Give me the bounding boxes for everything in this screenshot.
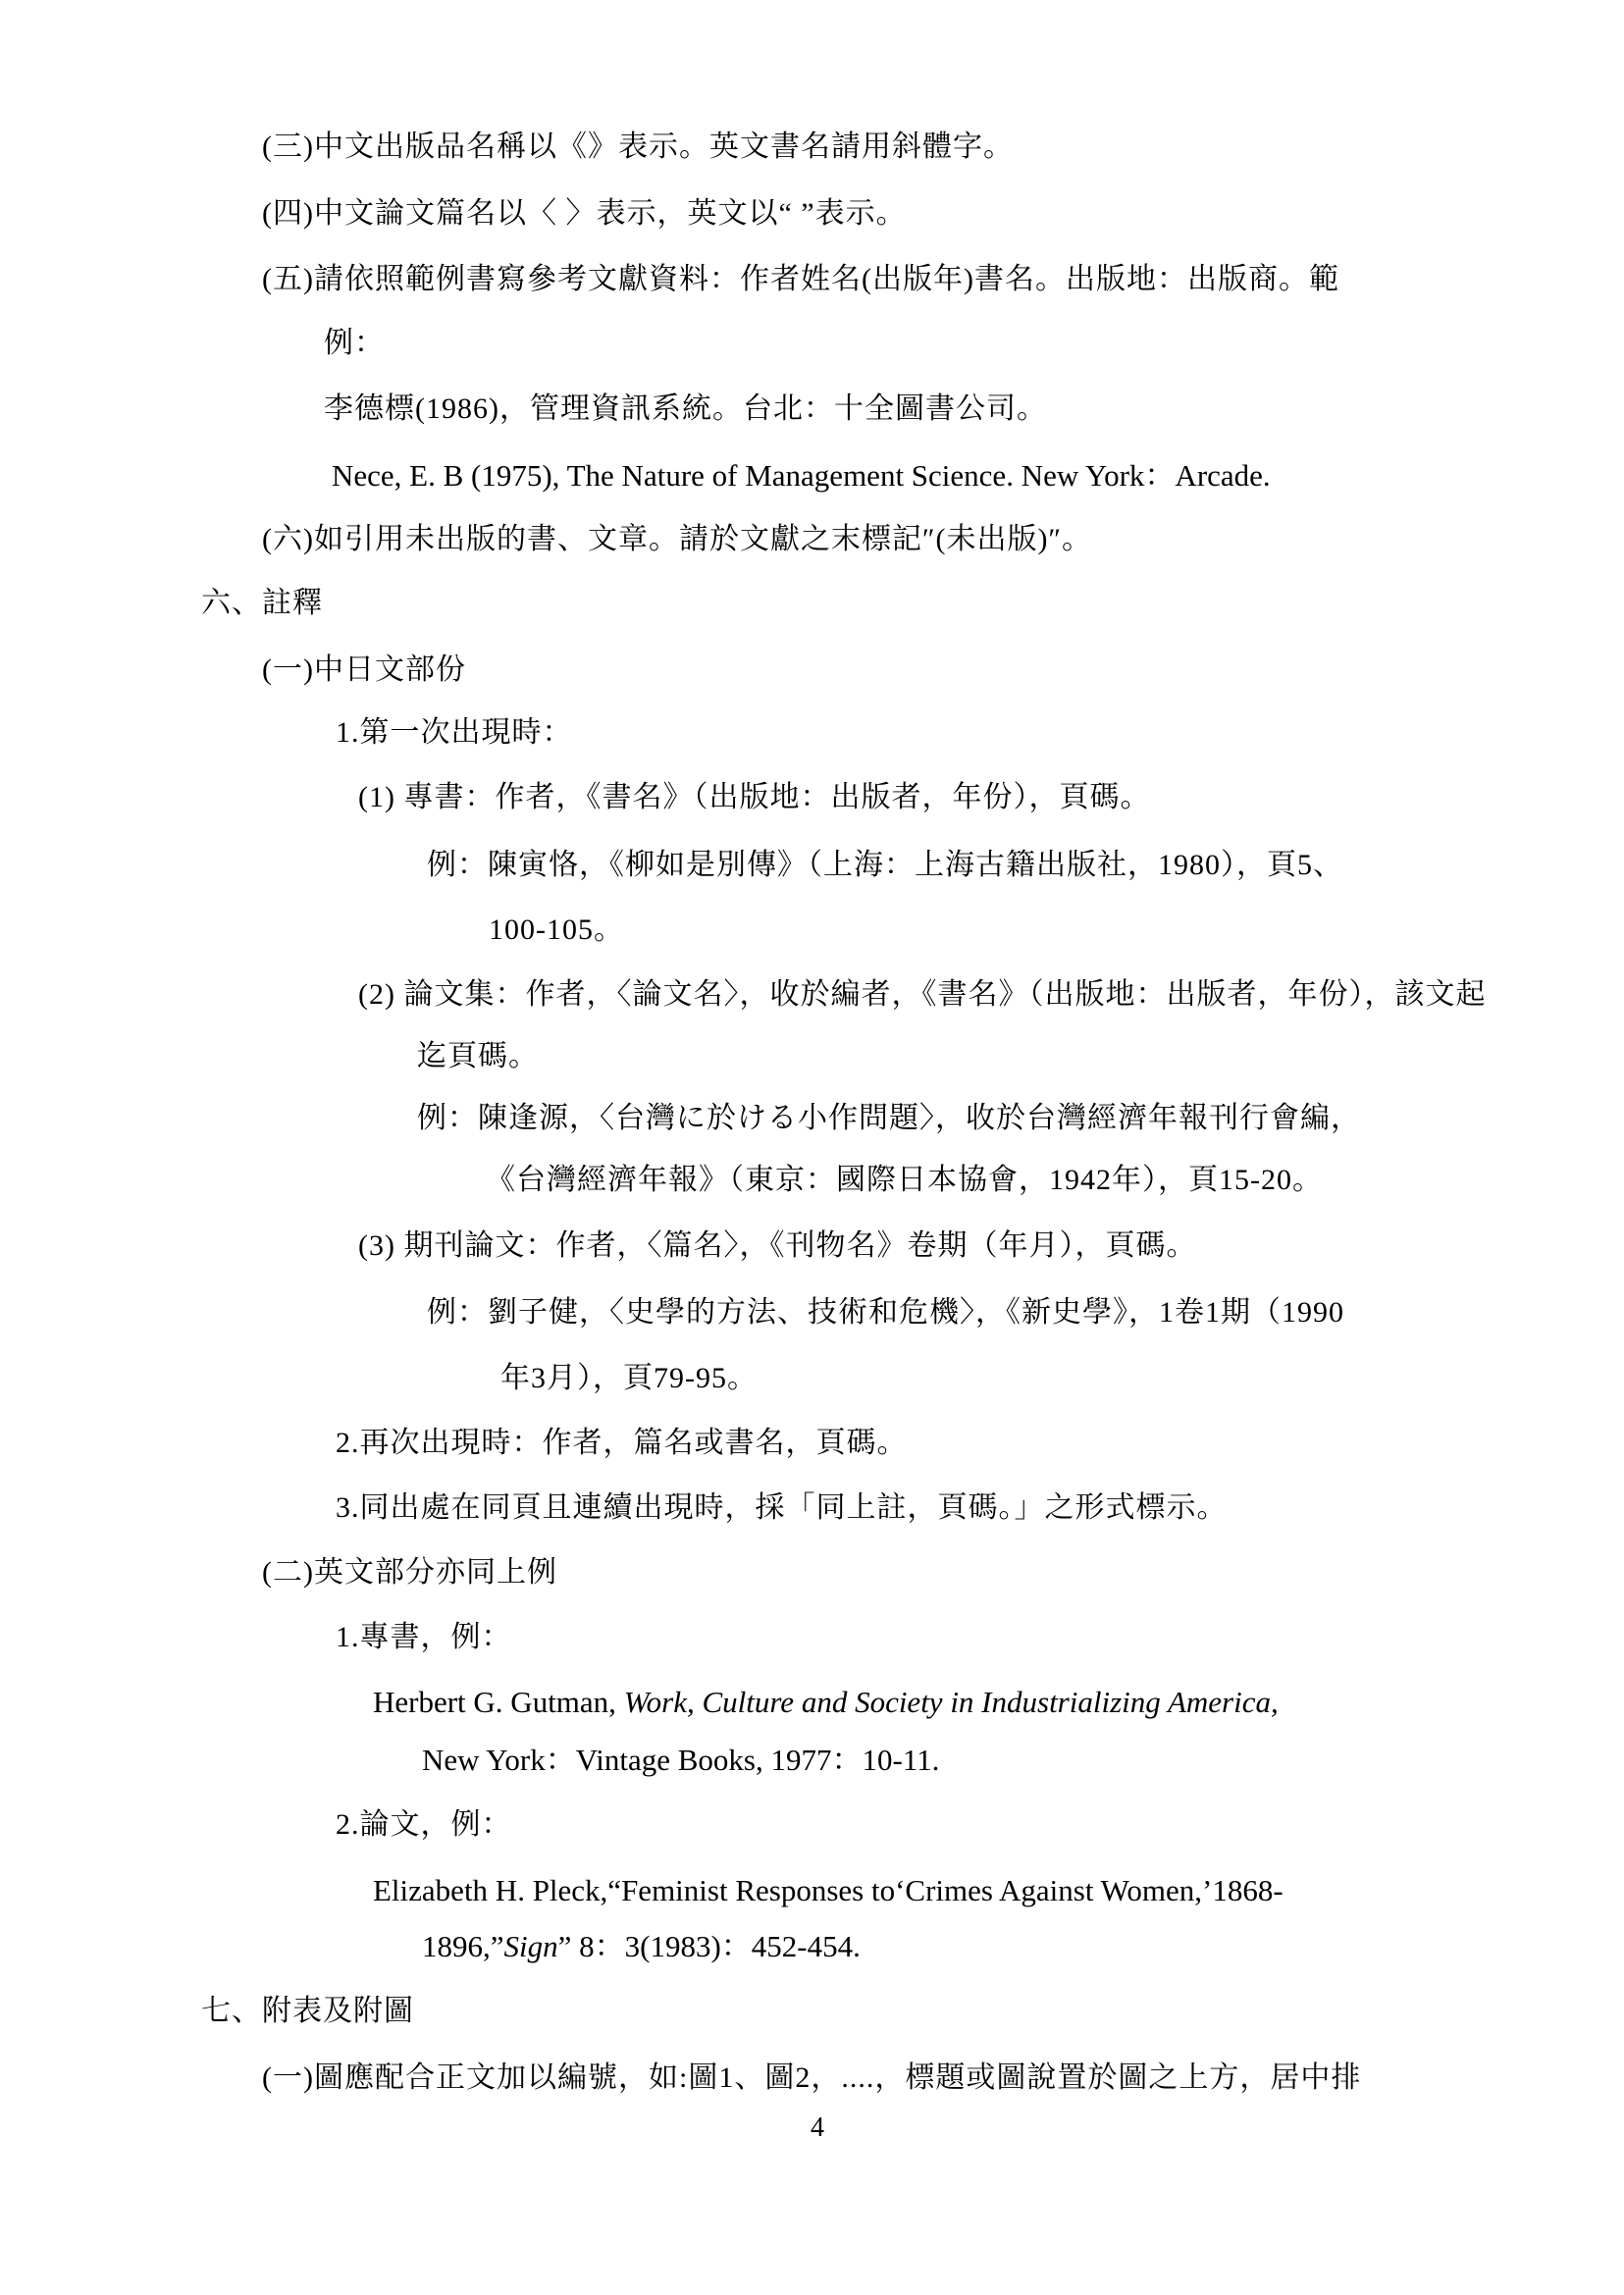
english-monograph-example: Herbert G. Gutman, Work, Culture and Soc… (373, 1683, 1279, 1722)
example-journal-article: 例：劉子健，〈史學的方法、技術和危機〉，《新史學》，1卷1期（1990 (427, 1293, 1344, 1332)
section-heading-annotations: 六、註釋 (201, 584, 323, 623)
format-monograph: (1) 專書：作者，《書名》（出版地：出版者，年份），頁碼。 (358, 778, 1150, 817)
rule-item-4-article-titles: (四)中文論文篇名以〈 〉表示，英文以“ ”表示。 (262, 194, 907, 234)
subsection-english: (二)英文部分亦同上例 (262, 1553, 557, 1592)
example-collected-papers: 例：陳逢源，〈台灣に於ける小作問題〉，收於台灣經濟年報刊行會編， (417, 1099, 1361, 1138)
subsequent-appearance-rule: 2.再次出現時：作者，篇名或書名，頁碼。 (336, 1424, 908, 1463)
english-article-year: 1896,” (422, 1929, 504, 1963)
english-monograph-title: Work, Culture and Society in Industriali… (624, 1685, 1279, 1719)
english-monograph-author: Herbert G. Gutman, (373, 1685, 624, 1719)
english-article-example: Elizabeth H. Pleck,“Feminist Responses t… (373, 1871, 1283, 1910)
format-collected-papers-cont: 迄頁碼。 (417, 1037, 539, 1076)
section-heading-tables-figures: 七、附表及附圖 (201, 1992, 414, 2031)
first-appearance-heading: 1.第一次出現時： (336, 713, 573, 753)
english-article-volume-pages: ” 8：3(1983)：452-454. (558, 1929, 861, 1963)
figure-numbering-rule: (一)圖應配合正文加以編號，如:圖1、圖2，....，標題或圖說置於圖之上方，居… (262, 2059, 1361, 2098)
example-collected-papers-cont: 《台灣經濟年報》（東京：國際日本協會，1942年），頁15-20。 (486, 1161, 1323, 1200)
rule-item-3-chinese-titles: (三)中文出版品名稱以《》表示。英文書名請用斜體字。 (262, 128, 1014, 167)
rule-item-6-unpublished: (六)如引用未出版的書、文章。請於文獻之末標記″(未出版)″。 (262, 520, 1092, 559)
english-article-heading: 2.論文，例： (336, 1805, 512, 1845)
rule-item-5-reference-format: (五)請依照範例書寫參考文獻資料：作者姓名(出版年)書名。出版地：出版商。範 (262, 260, 1339, 299)
english-article-journal: Sign (504, 1929, 558, 1963)
example-journal-article-cont: 年3月），頁79-95。 (500, 1359, 758, 1398)
reference-example-chinese: 李德標(1986)，管理資訊系統。台北：十全圖書公司。 (324, 390, 1047, 429)
reference-example-english: Nece, E. B (1975), The Nature of Managem… (332, 456, 1271, 496)
english-monograph-heading: 1.專書，例： (336, 1618, 512, 1657)
english-article-example-cont: 1896,”Sign” 8：3(1983)：452-454. (422, 1927, 861, 1966)
english-monograph-example-cont: New York：Vintage Books, 1977：10-11. (422, 1741, 939, 1780)
ibid-rule: 3.同出處在同頁且連續出現時，採「同上註，頁碼。」之形式標示。 (336, 1488, 1228, 1528)
rule-item-5-example-label: 例： (324, 324, 385, 363)
page-number: 4 (811, 2112, 824, 2145)
subsection-chinese-japanese: (一)中日文部份 (262, 651, 466, 690)
example-monograph-cont: 100-105。 (489, 911, 624, 950)
format-journal-article: (3) 期刊論文：作者，〈篇名〉，《刊物名》卷期（年月），頁碼。 (358, 1226, 1196, 1266)
format-collected-papers: (2) 論文集：作者，〈論文名〉，收於編者，《書名》（出版地：出版者，年份），該… (358, 975, 1486, 1015)
example-monograph: 例：陳寅恪，《柳如是別傳》（上海：上海古籍出版社，1980），頁5、 (427, 846, 1343, 885)
document-page: (三)中文出版品名稱以《》表示。英文書名請用斜體字。 (四)中文論文篇名以〈 〉… (0, 0, 1624, 2295)
